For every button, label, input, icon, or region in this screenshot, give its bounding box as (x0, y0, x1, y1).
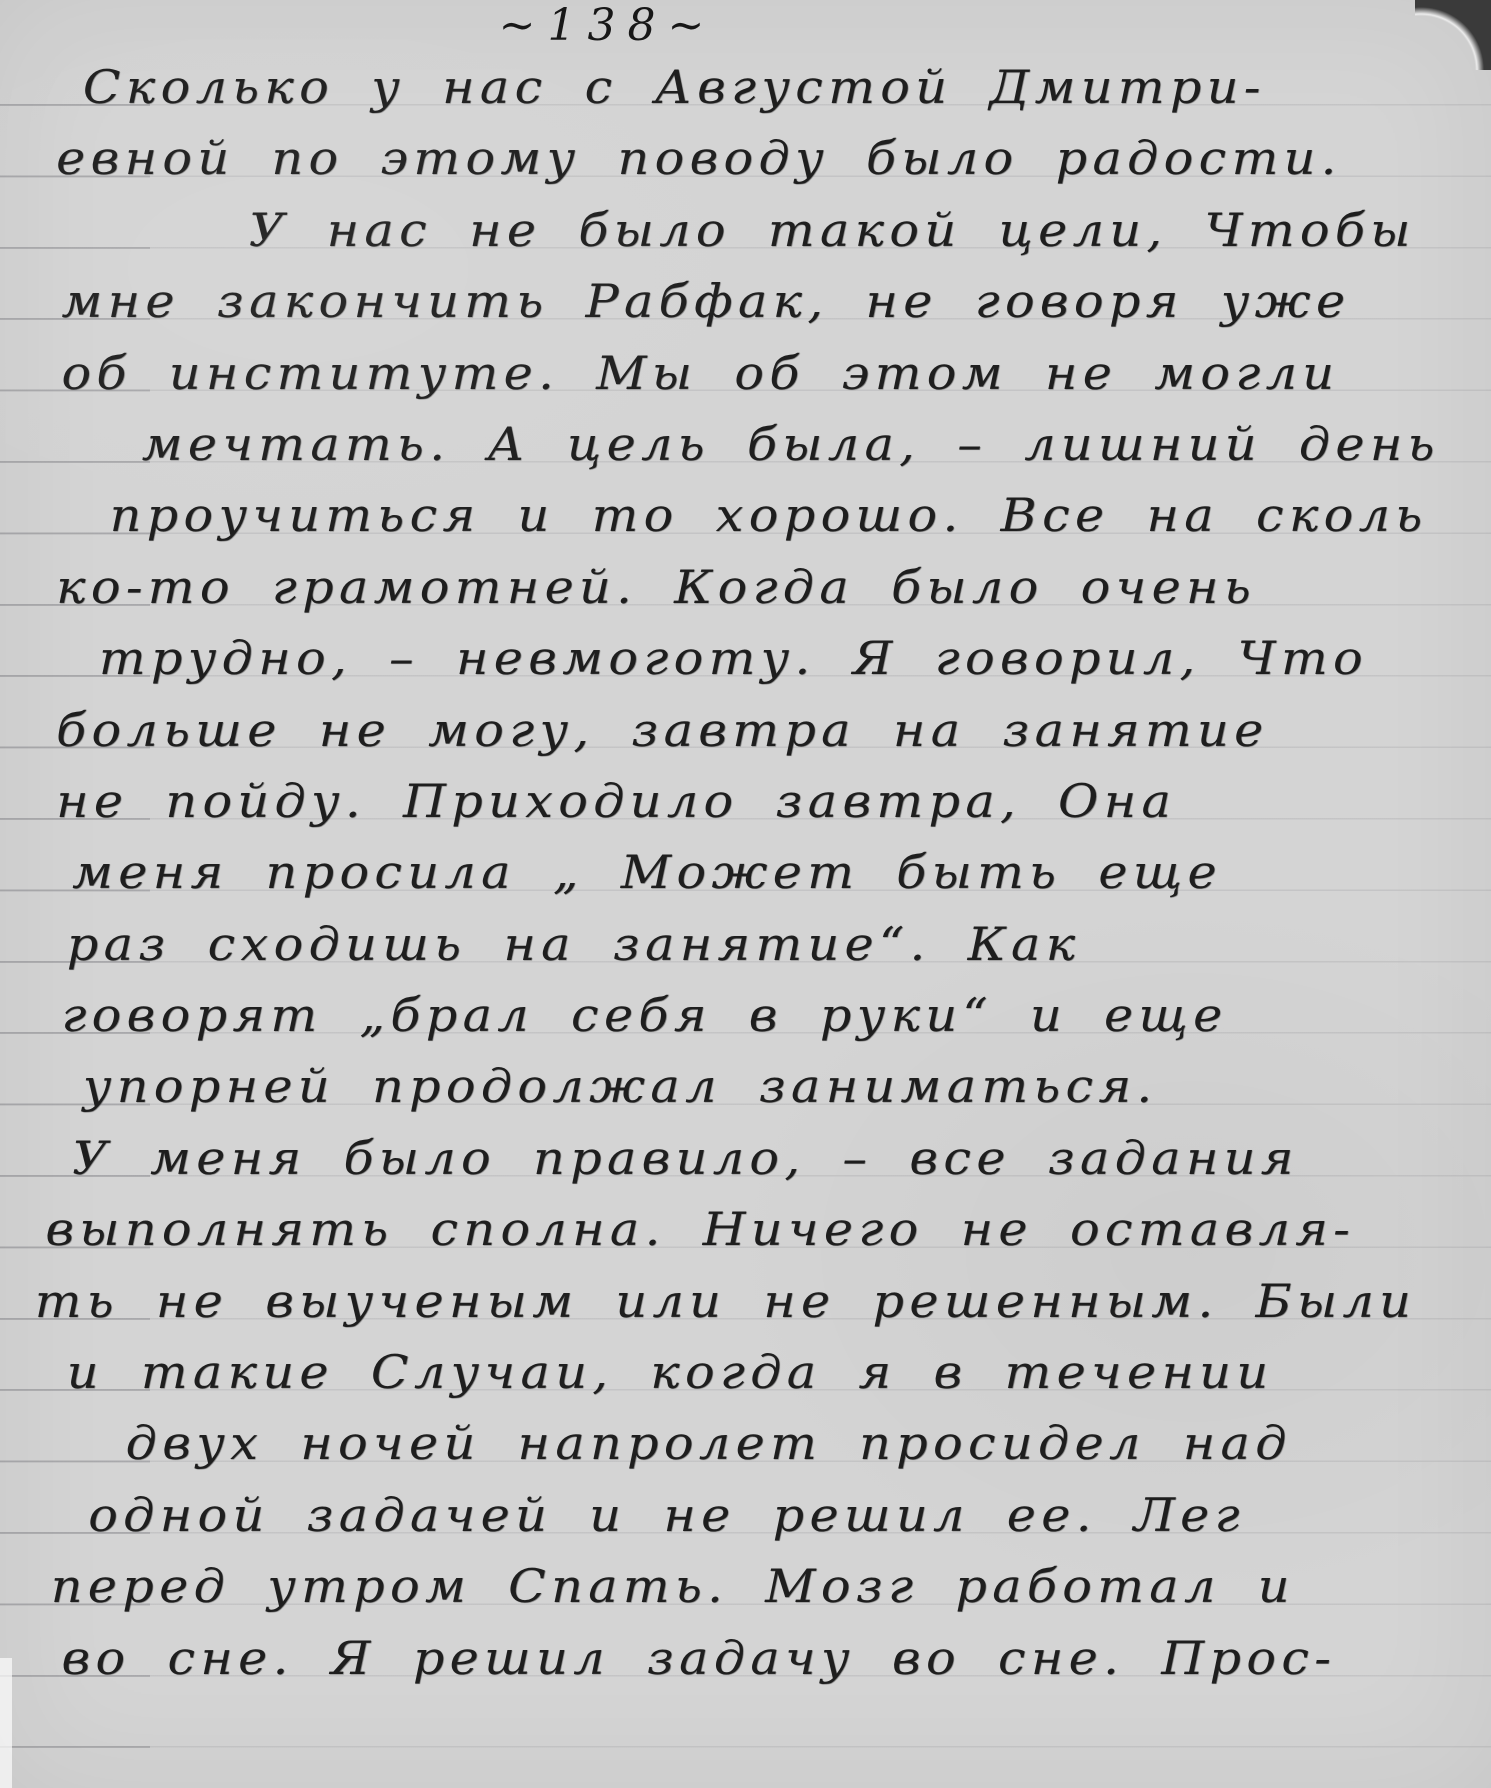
manuscript-line: не пойду. Приходило завтра, Она (24, 766, 1491, 837)
manuscript-line: ко-то грамотней. Когда было очень (24, 552, 1491, 623)
manuscript-line: выполнять сполна. Ничего не оставля- (24, 1194, 1491, 1265)
manuscript-line: раз сходишь на занятие“. Как (24, 909, 1491, 980)
manuscript-line: проучиться и то хорошо. Все на сколь (24, 480, 1491, 551)
manuscript-line: У нас не было такой цели, Чтобы (24, 195, 1491, 266)
manuscript-line: упорней продолжал заниматься. (24, 1051, 1491, 1122)
manuscript-line: меня просила „ Может быть еще (24, 837, 1491, 908)
manuscript-page: ~138~ Сколько у нас с Августой Дмитри- е… (0, 0, 1491, 1788)
manuscript-line: об институте. Мы об этом не могли (24, 338, 1491, 409)
manuscript-line: трудно, – невмоготу. Я говорил, Что (24, 623, 1491, 694)
manuscript-text: Сколько у нас с Августой Дмитри- евной п… (24, 52, 1483, 1694)
manuscript-line: перед утром Спать. Мозг работал и (24, 1551, 1491, 1622)
manuscript-line: мне закончить Рабфак, не говоря уже (24, 266, 1491, 337)
manuscript-line: ть не выученым или не решенным. Были (24, 1266, 1491, 1337)
manuscript-line: во сне. Я решил задачу во сне. Прос- (24, 1623, 1491, 1694)
manuscript-line: больше не могу, завтра на занятие (24, 695, 1491, 766)
manuscript-line: мечтать. А цель была, – лишний день (24, 409, 1491, 480)
page-number: ~138~ (0, 0, 1215, 51)
manuscript-line: двух ночей напролет просидел над (24, 1408, 1491, 1479)
manuscript-line: и такие Случаи, когда я в течении (24, 1337, 1491, 1408)
manuscript-line: одной задачей и не решил ее. Лег (24, 1480, 1491, 1551)
scan-edge-bottom-left (0, 1658, 12, 1788)
manuscript-line: Сколько у нас с Августой Дмитри- (24, 52, 1491, 123)
manuscript-line: У меня было правило, – все задания (24, 1123, 1491, 1194)
manuscript-line: говорят „брал себя в руки“ и еще (24, 980, 1491, 1051)
manuscript-line: евной по этому поводу было радости. (24, 123, 1491, 194)
